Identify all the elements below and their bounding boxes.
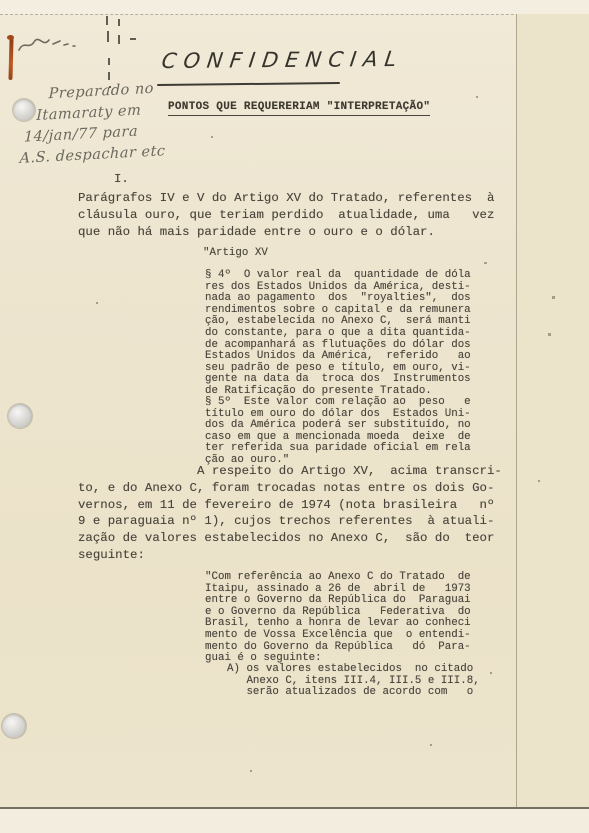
section-number: I. <box>114 171 129 188</box>
copier-mark <box>107 31 109 42</box>
quote-artigo-xv-par5: § 5º Este valor com relação ao peso e tí… <box>205 397 471 467</box>
copier-mark <box>106 16 108 25</box>
speck <box>211 136 213 138</box>
copier-mark <box>118 19 120 26</box>
speck <box>484 262 487 264</box>
page-edge-right <box>516 14 589 807</box>
copier-mark <box>108 72 110 80</box>
paragraph-1: Parágrafos IV e V do Artigo XV do Tratad… <box>78 190 494 240</box>
scanned-document-page: CONFIDENCIAL PONTOS QUE REQUERERIAM "INT… <box>0 0 589 833</box>
speck <box>552 296 555 299</box>
speck <box>548 333 551 336</box>
confidential-underline <box>157 82 340 86</box>
speck <box>538 480 540 482</box>
copier-mark <box>108 58 110 65</box>
quote-artigo-xv-par4: § 4º O valor real da quantidade de dóla … <box>205 270 471 398</box>
quote-artigo-xv-heading: "Artigo XV <box>203 248 268 260</box>
speck <box>476 96 478 98</box>
item-a: A) os valores estabelecidos no citado An… <box>227 664 480 699</box>
confidential-stamp: CONFIDENCIAL <box>160 47 405 73</box>
rust-staple-mark <box>8 38 13 80</box>
document-title: PONTOS QUE REQUERERIAM "INTERPRETAÇÃO" <box>168 101 430 116</box>
copier-mark <box>118 35 120 44</box>
hole-punch-middle <box>8 404 32 428</box>
quote-exchange-of-notes: "Com referência ao Anexo C do Tratado de… <box>205 572 471 665</box>
speck <box>490 672 492 674</box>
paragraph-2: A respeito do Artigo XV, acima transcri-… <box>78 463 502 564</box>
hole-punch-bottom <box>2 714 26 738</box>
page-edge-bottom <box>0 807 589 833</box>
handwritten-margin-note: Preparado no Itamaraty em 14/jan/77 para… <box>19 78 166 170</box>
rust-dot-mark <box>7 35 14 40</box>
page-edge-top <box>0 0 589 15</box>
copier-mark <box>130 38 136 40</box>
speck <box>96 302 98 304</box>
speck <box>250 770 252 772</box>
pencil-scribble <box>15 30 85 60</box>
speck <box>430 744 432 746</box>
